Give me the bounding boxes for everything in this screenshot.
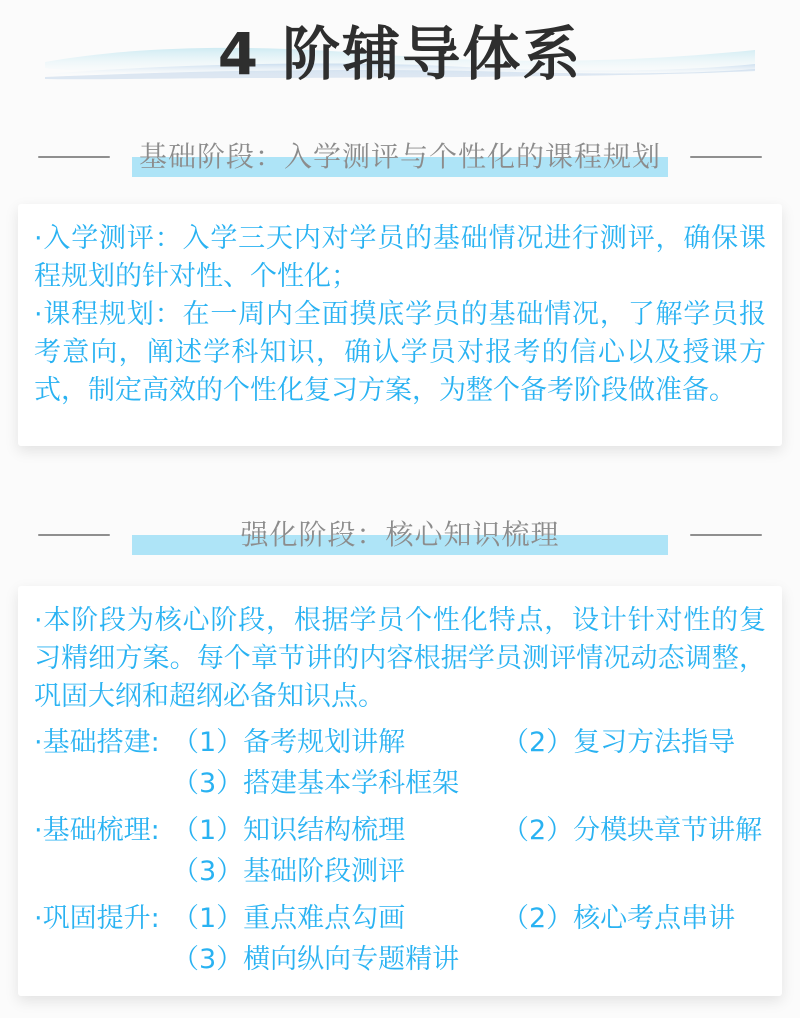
- header-left-line: [38, 156, 110, 158]
- list-label: ·基础搭建:: [34, 722, 172, 763]
- paragraph-course-planning: ·课程规划：在一周内全面摸底学员的基础情况，了解学员报考意向，阐述学科知识，确认…: [34, 296, 766, 410]
- list-entry: （2）核心考点串讲: [502, 898, 766, 939]
- list-entry: （1）知识结构梳理: [172, 810, 502, 851]
- title-section: 4 阶辅导体系: [0, 0, 800, 112]
- page-title: 4 阶辅导体系: [0, 22, 800, 86]
- list-entry: （3）横向纵向专题精讲: [172, 939, 502, 980]
- header-right-line: [690, 156, 762, 158]
- list-row: ·巩固提升: （1）重点难点勾画 （2）核心考点串讲: [34, 898, 766, 939]
- list-item-consolidation-improvement: ·巩固提升: （1）重点难点勾画 （2）核心考点串讲 （3）横向纵向专题精讲: [34, 898, 766, 980]
- list-label: ·基础梳理:: [34, 810, 172, 851]
- list-label: ·巩固提升:: [34, 898, 172, 939]
- list-entry: （2）复习方法指导: [502, 722, 766, 763]
- list-entry: （2）分模块章节讲解: [502, 810, 766, 851]
- section-header-basic-stage: 基础阶段：入学测评与个性化的课程规划: [0, 138, 800, 176]
- header-right-line: [690, 534, 762, 536]
- basic-stage-card: ·入学测评：入学三天内对学员的基础情况进行测评，确保课程规划的针对性、个性化； …: [18, 204, 782, 446]
- list-entry: （1）备考规划讲解: [172, 722, 502, 763]
- header-title-wrap: 基础阶段：入学测评与个性化的课程规划: [132, 138, 668, 176]
- list-entry: （1）重点难点勾画: [172, 898, 502, 939]
- section-header-text: 基础阶段：入学测评与个性化的课程规划: [139, 138, 661, 176]
- header-left-line: [38, 534, 110, 536]
- paragraph-entrance-assessment: ·入学测评：入学三天内对学员的基础情况进行测评，确保课程规划的针对性、个性化；: [34, 220, 766, 296]
- header-title-wrap: 强化阶段：核心知识梳理: [132, 516, 668, 554]
- paragraph-core-stage: ·本阶段为核心阶段，根据学员个性化特点，设计针对性的复习精细方案。每个章节讲的内…: [34, 602, 766, 716]
- list-row: （3）横向纵向专题精讲: [34, 939, 766, 980]
- list-entry: （3）基础阶段测评: [172, 851, 502, 892]
- section-header-intensive-stage: 强化阶段：核心知识梳理: [0, 516, 800, 554]
- list-item-foundation-building: ·基础搭建: （1）备考规划讲解 （2）复习方法指导 （3）搭建基本学科框架: [34, 722, 766, 804]
- list-row: （3）基础阶段测评: [34, 851, 766, 892]
- list-row: ·基础搭建: （1）备考规划讲解 （2）复习方法指导: [34, 722, 766, 763]
- intensive-stage-card: ·本阶段为核心阶段，根据学员个性化特点，设计针对性的复习精细方案。每个章节讲的内…: [18, 586, 782, 996]
- list-row: ·基础梳理: （1）知识结构梳理 （2）分模块章节讲解: [34, 810, 766, 851]
- list-entry: （3）搭建基本学科框架: [172, 763, 502, 804]
- list-row: （3）搭建基本学科框架: [34, 763, 766, 804]
- list-item-foundation-combing: ·基础梳理: （1）知识结构梳理 （2）分模块章节讲解 （3）基础阶段测评: [34, 810, 766, 892]
- section-header-text: 强化阶段：核心知识梳理: [240, 516, 559, 554]
